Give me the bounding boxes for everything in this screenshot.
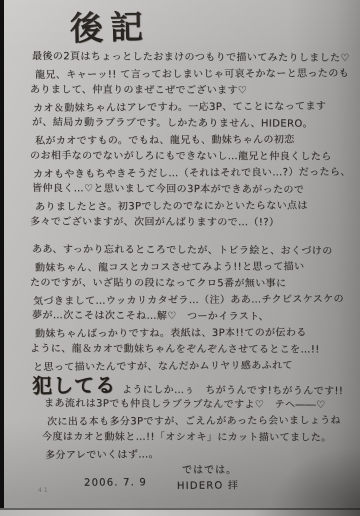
handwritten-line: 皆仲良く…♡と思いまして今回の3P本ができあがったので <box>32 181 350 199</box>
handwritten-line: 私がカオですもの。でもね、龍兄も、動妹ちゃんの初恋 <box>35 132 353 150</box>
handwritten-line: 最後の2頁はちょっとしたおまけのつもりで描いてみたりしました♡ <box>32 49 350 67</box>
paper-bottom-edge <box>0 508 360 516</box>
handwritten-line: 今度はカオと動妹と…!!「オシオキ」にカット描いてました。 <box>42 429 336 447</box>
paragraph-2: ああ、すっかり忘れるところでしたが、トビラ絵と、おくづけの 動妹ちゃん、龍コスと… <box>32 243 343 402</box>
page-number: 41 <box>38 487 50 494</box>
date: 2006. 7. 9 <box>84 477 147 493</box>
paragraph-3: まあ流れは3Pでも仲良しラブラブなんですよ♡ テヘ――♡ 次に出る本も多分3Pで… <box>44 397 338 463</box>
handwritten-line: 動妹ちゃん、龍コスとカコスさせてみよう!!と思って描い <box>35 259 346 277</box>
signature-row: 2006. 7. 9 HIDERO 拝 <box>84 476 239 492</box>
handwritten-line: 次に出る本も多分3Pですが、ごえんがあったら会いましょうね <box>47 413 341 431</box>
handwritten-line: まあ流れは3Pでも仲良しラブラブなんですよ♡ テヘ――♡ <box>44 396 338 414</box>
page-title: 後記 <box>70 1 151 50</box>
author-signature: HIDERO 拝 <box>177 476 239 492</box>
handwritten-line: ありまして、仲直りのまぜこぜでございます♡ <box>30 82 348 100</box>
handwritten-line: 夢が…次こそは次こそね…解♡ つーかイラスト、 <box>32 308 343 326</box>
handwritten-line: のお相手なのでないがしろにもできないし…龍兄と仲良くしたら <box>30 148 348 166</box>
closing-phrase: ではでは。 <box>182 461 237 476</box>
handwritten-line: 龍兄、キャーッ!! て言っておしまいじゃ可哀そかなーと思ったのも <box>35 66 353 84</box>
handwritten-line: ああ、すっかり忘れるところでしたが、トビラ絵と、おくづけの <box>32 242 343 260</box>
scanned-afterword-page: 後記 最後の2頁はちょっとしたおまけのつもりで描いてみたりしました♡ 龍兄、キャ… <box>0 0 360 516</box>
paragraph-1: 最後の2頁はちょっとしたおまけのつもりで描いてみたりしました♡ 龍兄、キャーッ!… <box>32 50 350 232</box>
handwritten-line: たのですが、いざ貼りの段になってクロ5番が無い事に <box>30 275 341 293</box>
handwritten-line: 動妹ちゃんばっかりですね。表紙は、3P本!!てのが伝わる <box>35 325 346 343</box>
paper-sheet: 後記 最後の2頁はちょっとしたおまけのつもりで描いてみたりしました♡ 龍兄、キャ… <box>4 0 360 510</box>
handwritten-line: が、結局カ動ラブラブです。しかたありません、HIDERO。 <box>32 115 350 133</box>
handwritten-line: ように、龍＆カオで動妹ちゃんをぞんぞんさせてるとこを…!! <box>30 341 341 359</box>
emphasis-big-text: 犯してる <box>32 374 116 398</box>
handwritten-line: 多々でございますが、次回がんばりますので…（!?） <box>30 214 348 232</box>
handwritten-line: ありましたとさ。初3Pでしたのでなにかといたらない点は <box>35 198 353 216</box>
